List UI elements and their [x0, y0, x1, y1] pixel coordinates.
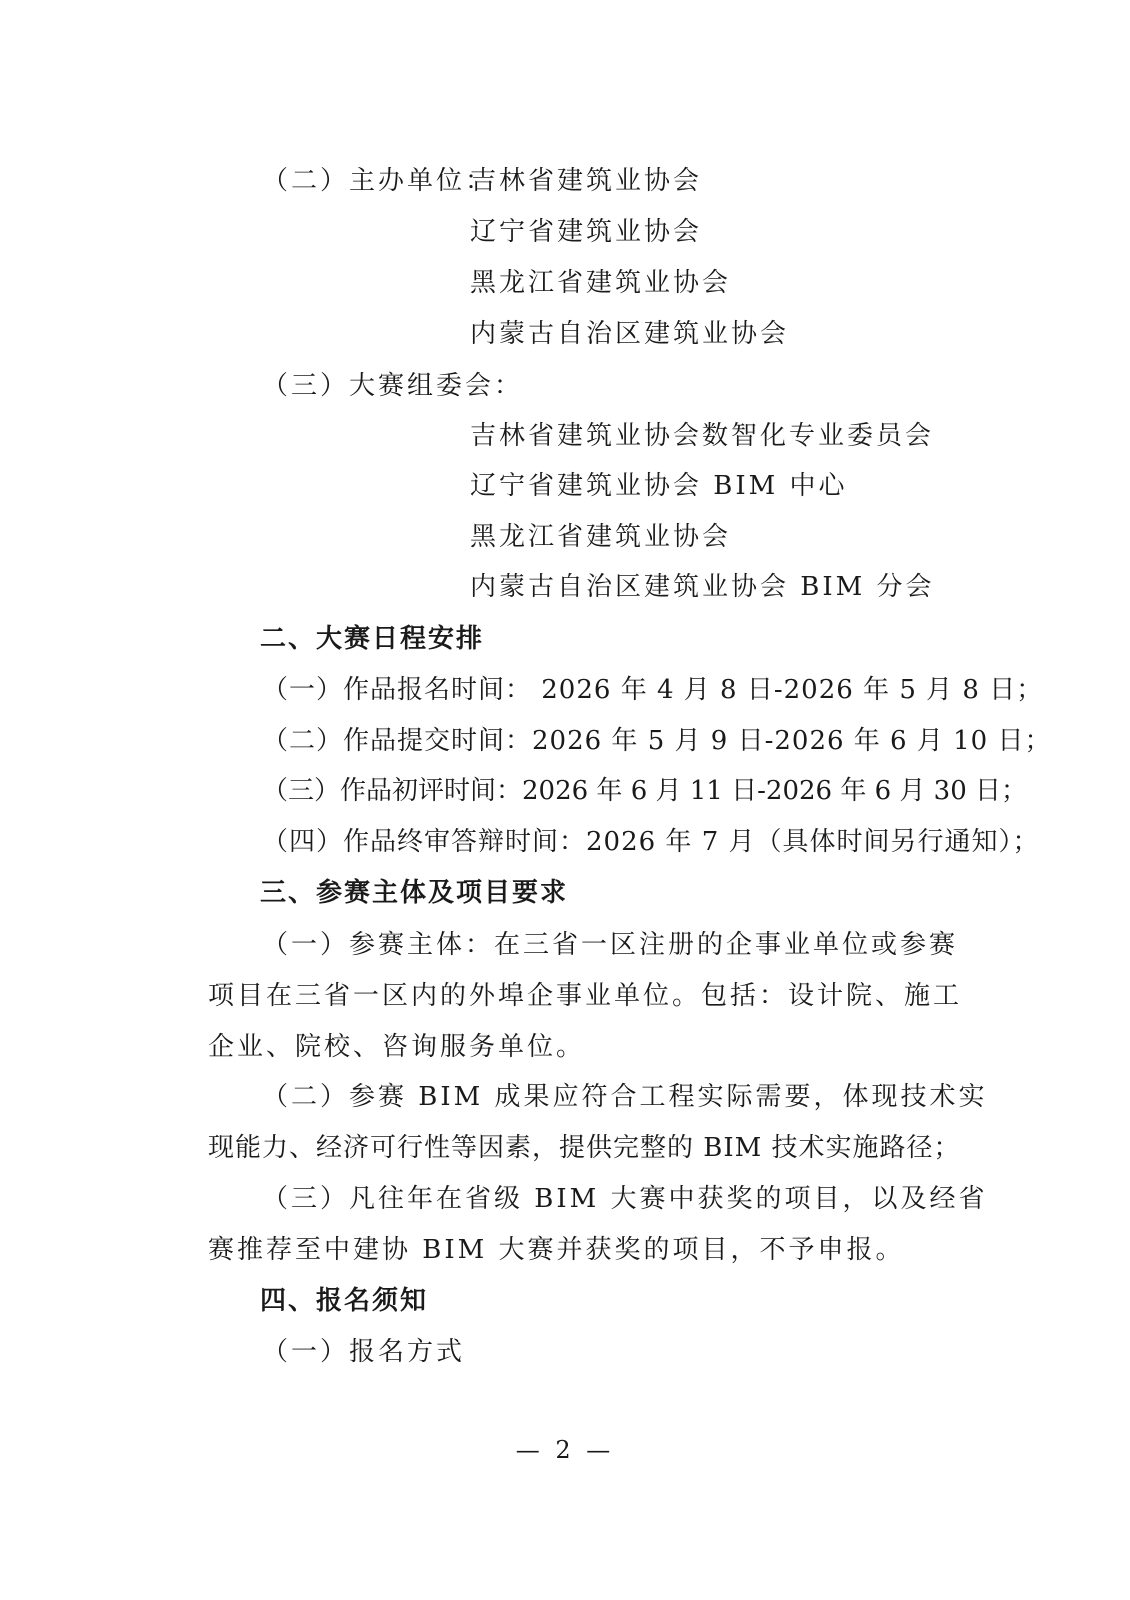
schedule-item: （二）作品提交时间：2026 年 5 月 9 日-2026 年 6 月 10 日… — [262, 725, 1051, 757]
organizer-item: 吉林省建筑业协会 — [470, 165, 702, 197]
requirements-line: 项目在三省一区内的外埠企事业单位。包括：设计院、施工 — [208, 980, 962, 1012]
schedule-item: （一）作品报名时间： 2026 年 4 月 8 日-2026 年 5 月 8 日… — [262, 674, 1043, 706]
requirements-line: 现能力、经济可行性等因素，提供完整的 BIM 技术实施路径； — [208, 1132, 961, 1164]
requirements-line: （三）凡往年在省级 BIM 大赛中获奖的项目，以及经省 — [262, 1183, 988, 1215]
schedule-item: （三）作品初评时间：2026 年 6 月 11 日-2026 年 6 月 30 … — [262, 775, 1027, 807]
section-heading-requirements: 三、参赛主体及项目要求 — [260, 877, 568, 909]
committee-item: 黑龙江省建筑业协会 — [470, 521, 731, 553]
requirements-line: （二）参赛 BIM 成果应符合工程实际需要，体现技术实 — [262, 1081, 988, 1113]
organizers-label: （二）主办单位： — [262, 165, 494, 197]
registration-item: （一）报名方式 — [262, 1336, 465, 1368]
section-heading-registration: 四、报名须知 — [260, 1285, 428, 1317]
committee-label: （三）大赛组委会： — [262, 370, 523, 402]
section-heading-schedule: 二、大赛日程安排 — [260, 623, 484, 655]
schedule-item: （四）作品终审答辩时间：2026 年 7 月（具体时间另行通知）； — [262, 826, 1040, 858]
requirements-line: （一）参赛主体：在三省一区注册的企事业单位或参赛 — [262, 929, 958, 961]
organizer-item: 内蒙古自治区建筑业协会 — [470, 318, 789, 350]
requirements-line: 赛推荐至中建协 BIM 大赛并获奖的项目，不予申报。 — [208, 1234, 905, 1266]
committee-item: 辽宁省建筑业协会 BIM 中心 — [470, 470, 848, 502]
committee-item: 吉林省建筑业协会数智化专业委员会 — [470, 420, 934, 452]
page-number: — 2 — — [0, 1436, 1130, 1464]
committee-item: 内蒙古自治区建筑业协会 BIM 分会 — [470, 571, 935, 603]
requirements-line: 企业、院校、咨询服务单位。 — [208, 1031, 585, 1063]
organizer-item: 辽宁省建筑业协会 — [470, 216, 702, 248]
organizer-item: 黑龙江省建筑业协会 — [470, 267, 731, 299]
